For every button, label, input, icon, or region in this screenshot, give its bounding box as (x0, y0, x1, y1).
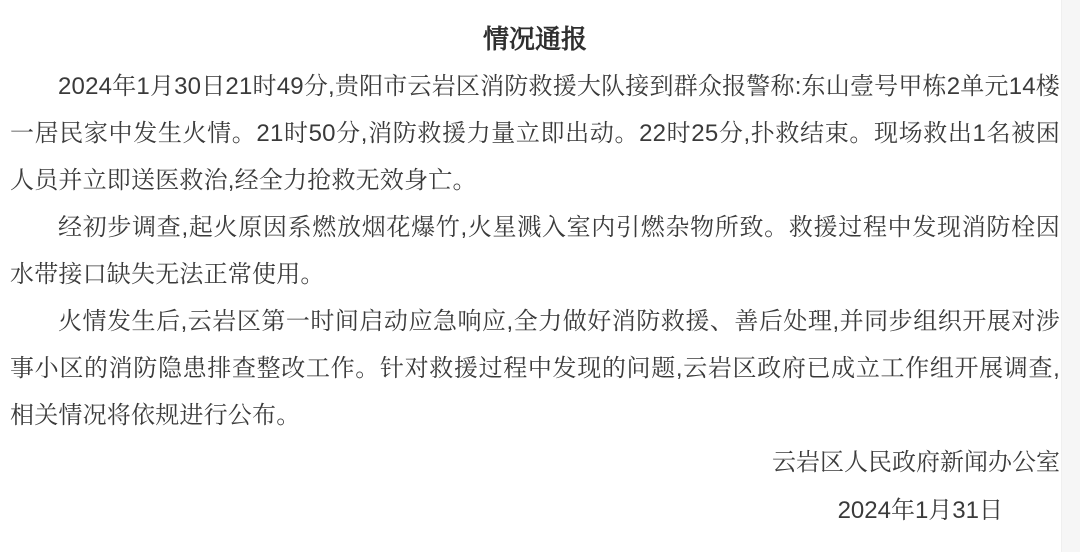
notice-paragraph-1: 2024年1月30日21时49分,贵阳市云岩区消防救援大队接到群众报警称:东山壹… (10, 63, 1060, 204)
notice-title: 情况通报 (10, 16, 1060, 63)
issuing-office: 云岩区人民政府新闻办公室 (10, 439, 1060, 486)
signature-block: 云岩区人民政府新闻办公室 2024年1月31日 (10, 439, 1060, 536)
notice-paragraph-3: 火情发生后,云岩区第一时间启动应急响应,全力做好消防救援、善后处理,并同步组织开… (10, 298, 1060, 439)
notice-document: 情况通报 2024年1月30日21时49分,贵阳市云岩区消防救援大队接到群众报警… (0, 0, 1080, 552)
page-right-edge (1061, 0, 1080, 552)
notice-paragraph-2: 经初步调查,起火原因系燃放烟花爆竹,火星溅入室内引燃杂物所致。救援过程中发现消防… (10, 204, 1060, 298)
issue-date: 2024年1月31日 (10, 486, 1060, 536)
